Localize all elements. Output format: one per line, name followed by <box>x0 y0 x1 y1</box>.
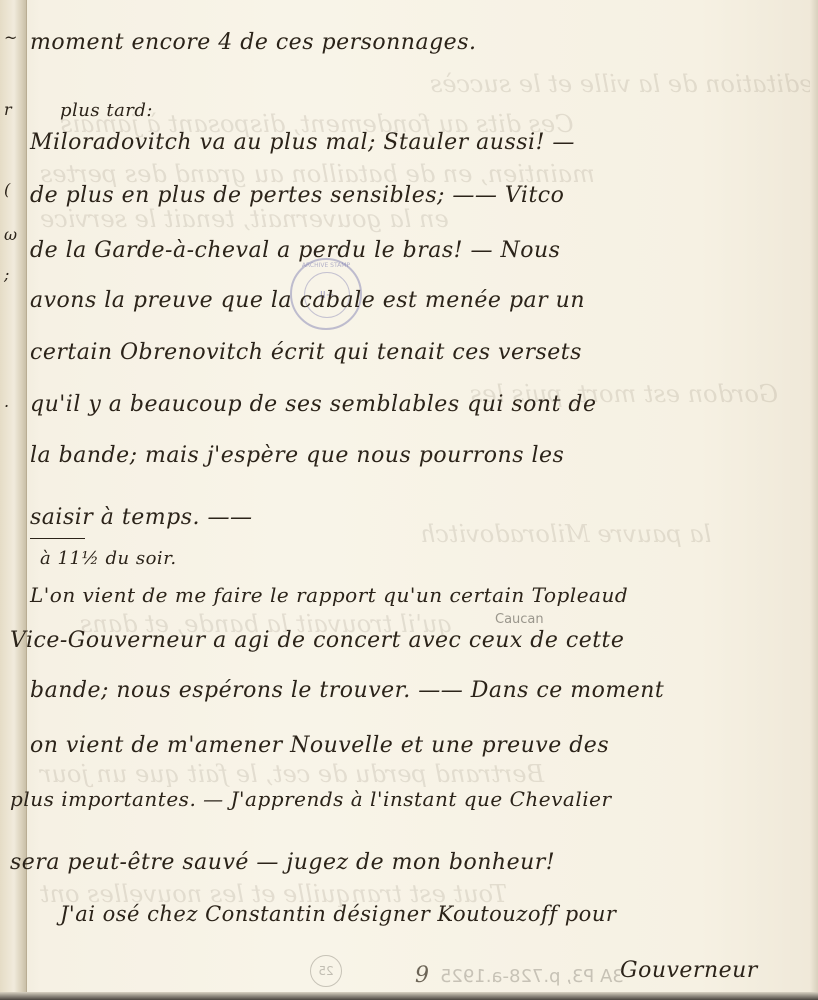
manuscript-line-7: certain Obrenovitch écrit qui tenait ces… <box>30 340 582 365</box>
manuscript-page: ~ r ( ω ; . meditation de la ville et le… <box>0 0 818 1000</box>
manuscript-line-16: plus importantes. — J'apprends à l'insta… <box>10 787 612 811</box>
spine-mark: ~ <box>4 28 17 47</box>
bleed-through-text: la pauvre Miloradovitch <box>420 520 711 548</box>
page-edge <box>810 0 818 1000</box>
manuscript-line-9: la bande; mais j'espère que nous pourron… <box>30 443 564 468</box>
manuscript-line-4: de plus en plus de pertes sensibles; —— … <box>30 183 564 208</box>
manuscript-line-6: avons la preuve que la cabale est menée … <box>30 288 585 313</box>
archive-reference: 3A P3, p.728-a.1925 <box>440 966 624 987</box>
underline <box>30 538 85 539</box>
pencil-annotation: Caucan <box>495 612 544 627</box>
bleed-through-text: meditation de la ville et le succès <box>430 70 818 98</box>
manuscript-line-2: plus tard: <box>60 100 153 121</box>
bleed-through-text: Bertrand perdu de cet, le fait que un jo… <box>40 760 544 788</box>
manuscript-line-3: Miloradovitch va au plus mal; Stauler au… <box>30 130 575 155</box>
manuscript-line-5: de la Garde-à-cheval a perdu le bras! — … <box>30 238 560 263</box>
circled-number: 25 <box>310 955 342 987</box>
spine-mark: ; <box>4 265 9 284</box>
spine-mark: ( <box>4 180 10 199</box>
spine-mark: ω <box>4 225 17 244</box>
manuscript-line-13: Vice-Gouverneur a agi de concert avec ce… <box>10 628 624 653</box>
manuscript-line-17: sera peut-être sauvé — jugez de mon bonh… <box>10 850 555 875</box>
manuscript-line-1: moment encore 4 de ces personnages. <box>30 30 476 55</box>
page-bottom-edge <box>0 992 818 1000</box>
manuscript-line-11: à 11½ du soir. <box>40 548 177 569</box>
manuscript-line-18: J'ai osé chez Constantin désigner Koutou… <box>60 902 616 926</box>
spine-mark: . <box>4 392 9 411</box>
folio-number: 9 <box>415 963 429 988</box>
bleed-through-text: en la gouvernait, tenait le service <box>40 205 449 233</box>
manuscript-line-12: L'on vient de me faire le rapport qu'un … <box>30 583 628 607</box>
stamp-ring-text: ARCHIVE STAMP <box>292 262 360 269</box>
manuscript-line-10: saisir à temps. —— <box>30 505 252 530</box>
manuscript-line-19: Gouverneur <box>620 958 758 983</box>
manuscript-line-14: bande; nous espérons le trouver. —— Dans… <box>30 678 664 703</box>
manuscript-line-8: qu'il y a beaucoup de ses semblables qui… <box>30 392 597 417</box>
spine-mark: r <box>4 100 12 119</box>
manuscript-line-15: on vient de m'amener Nouvelle et une pre… <box>30 733 609 758</box>
